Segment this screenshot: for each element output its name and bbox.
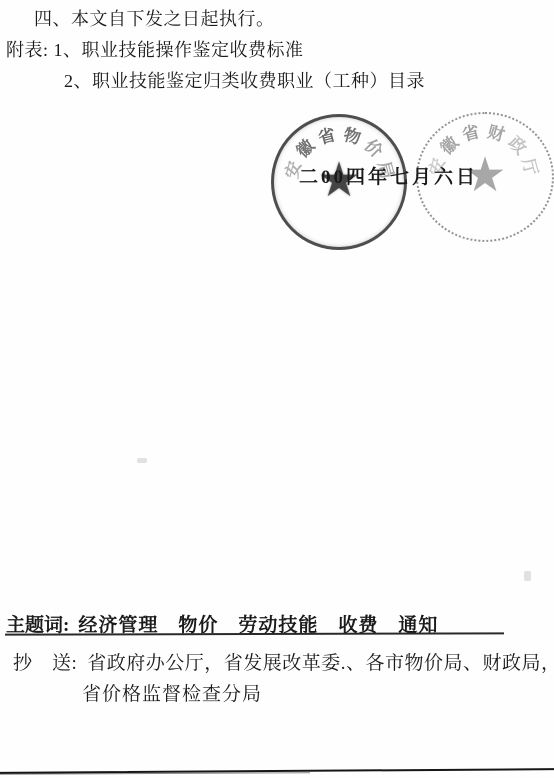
seal-arc-character: 物 — [341, 126, 363, 148]
seal-arc-character: 厅 — [518, 156, 540, 178]
seal-arc-character: 财 — [485, 123, 507, 145]
scanned-document-page: 四、本文自下发之日起执行。 附表: 1、职业技能操作鉴定收费标准 2、职业技能鉴… — [0, 0, 554, 778]
execution-clause: 四、本文自下发之日起执行。 — [34, 9, 275, 31]
cc-row: 抄 送:省政府办公厅，省发展改革委.、各市物价局、财政局， — [13, 653, 554, 676]
seal-arc-character: 政 — [504, 133, 529, 158]
seal-arc-character: 徽 — [437, 133, 462, 158]
seal-arc-character: 价 — [360, 136, 385, 161]
scan-speck — [137, 458, 147, 463]
cc-label: 抄 送: — [13, 653, 77, 674]
attachment-line-2: 2、职业技能鉴定归类收费职业（工种）目录 — [64, 71, 425, 93]
cc-recipients-line-2: 省价格监督检查分局 — [82, 684, 262, 707]
issue-date: 二00四年七月六日 — [299, 167, 478, 190]
seal-arc-character: 徽 — [293, 136, 318, 161]
attachment-line-1: 附表: 1、职业技能操作鉴定收费标准 — [6, 40, 304, 62]
seal-arc-character: 省 — [460, 123, 482, 145]
scan-speck — [524, 571, 531, 581]
cc-recipients-line-1: 省政府办公厅，省发展改革委.、各市物价局、财政局， — [87, 653, 554, 674]
seal-arc-character: 省 — [316, 126, 338, 148]
